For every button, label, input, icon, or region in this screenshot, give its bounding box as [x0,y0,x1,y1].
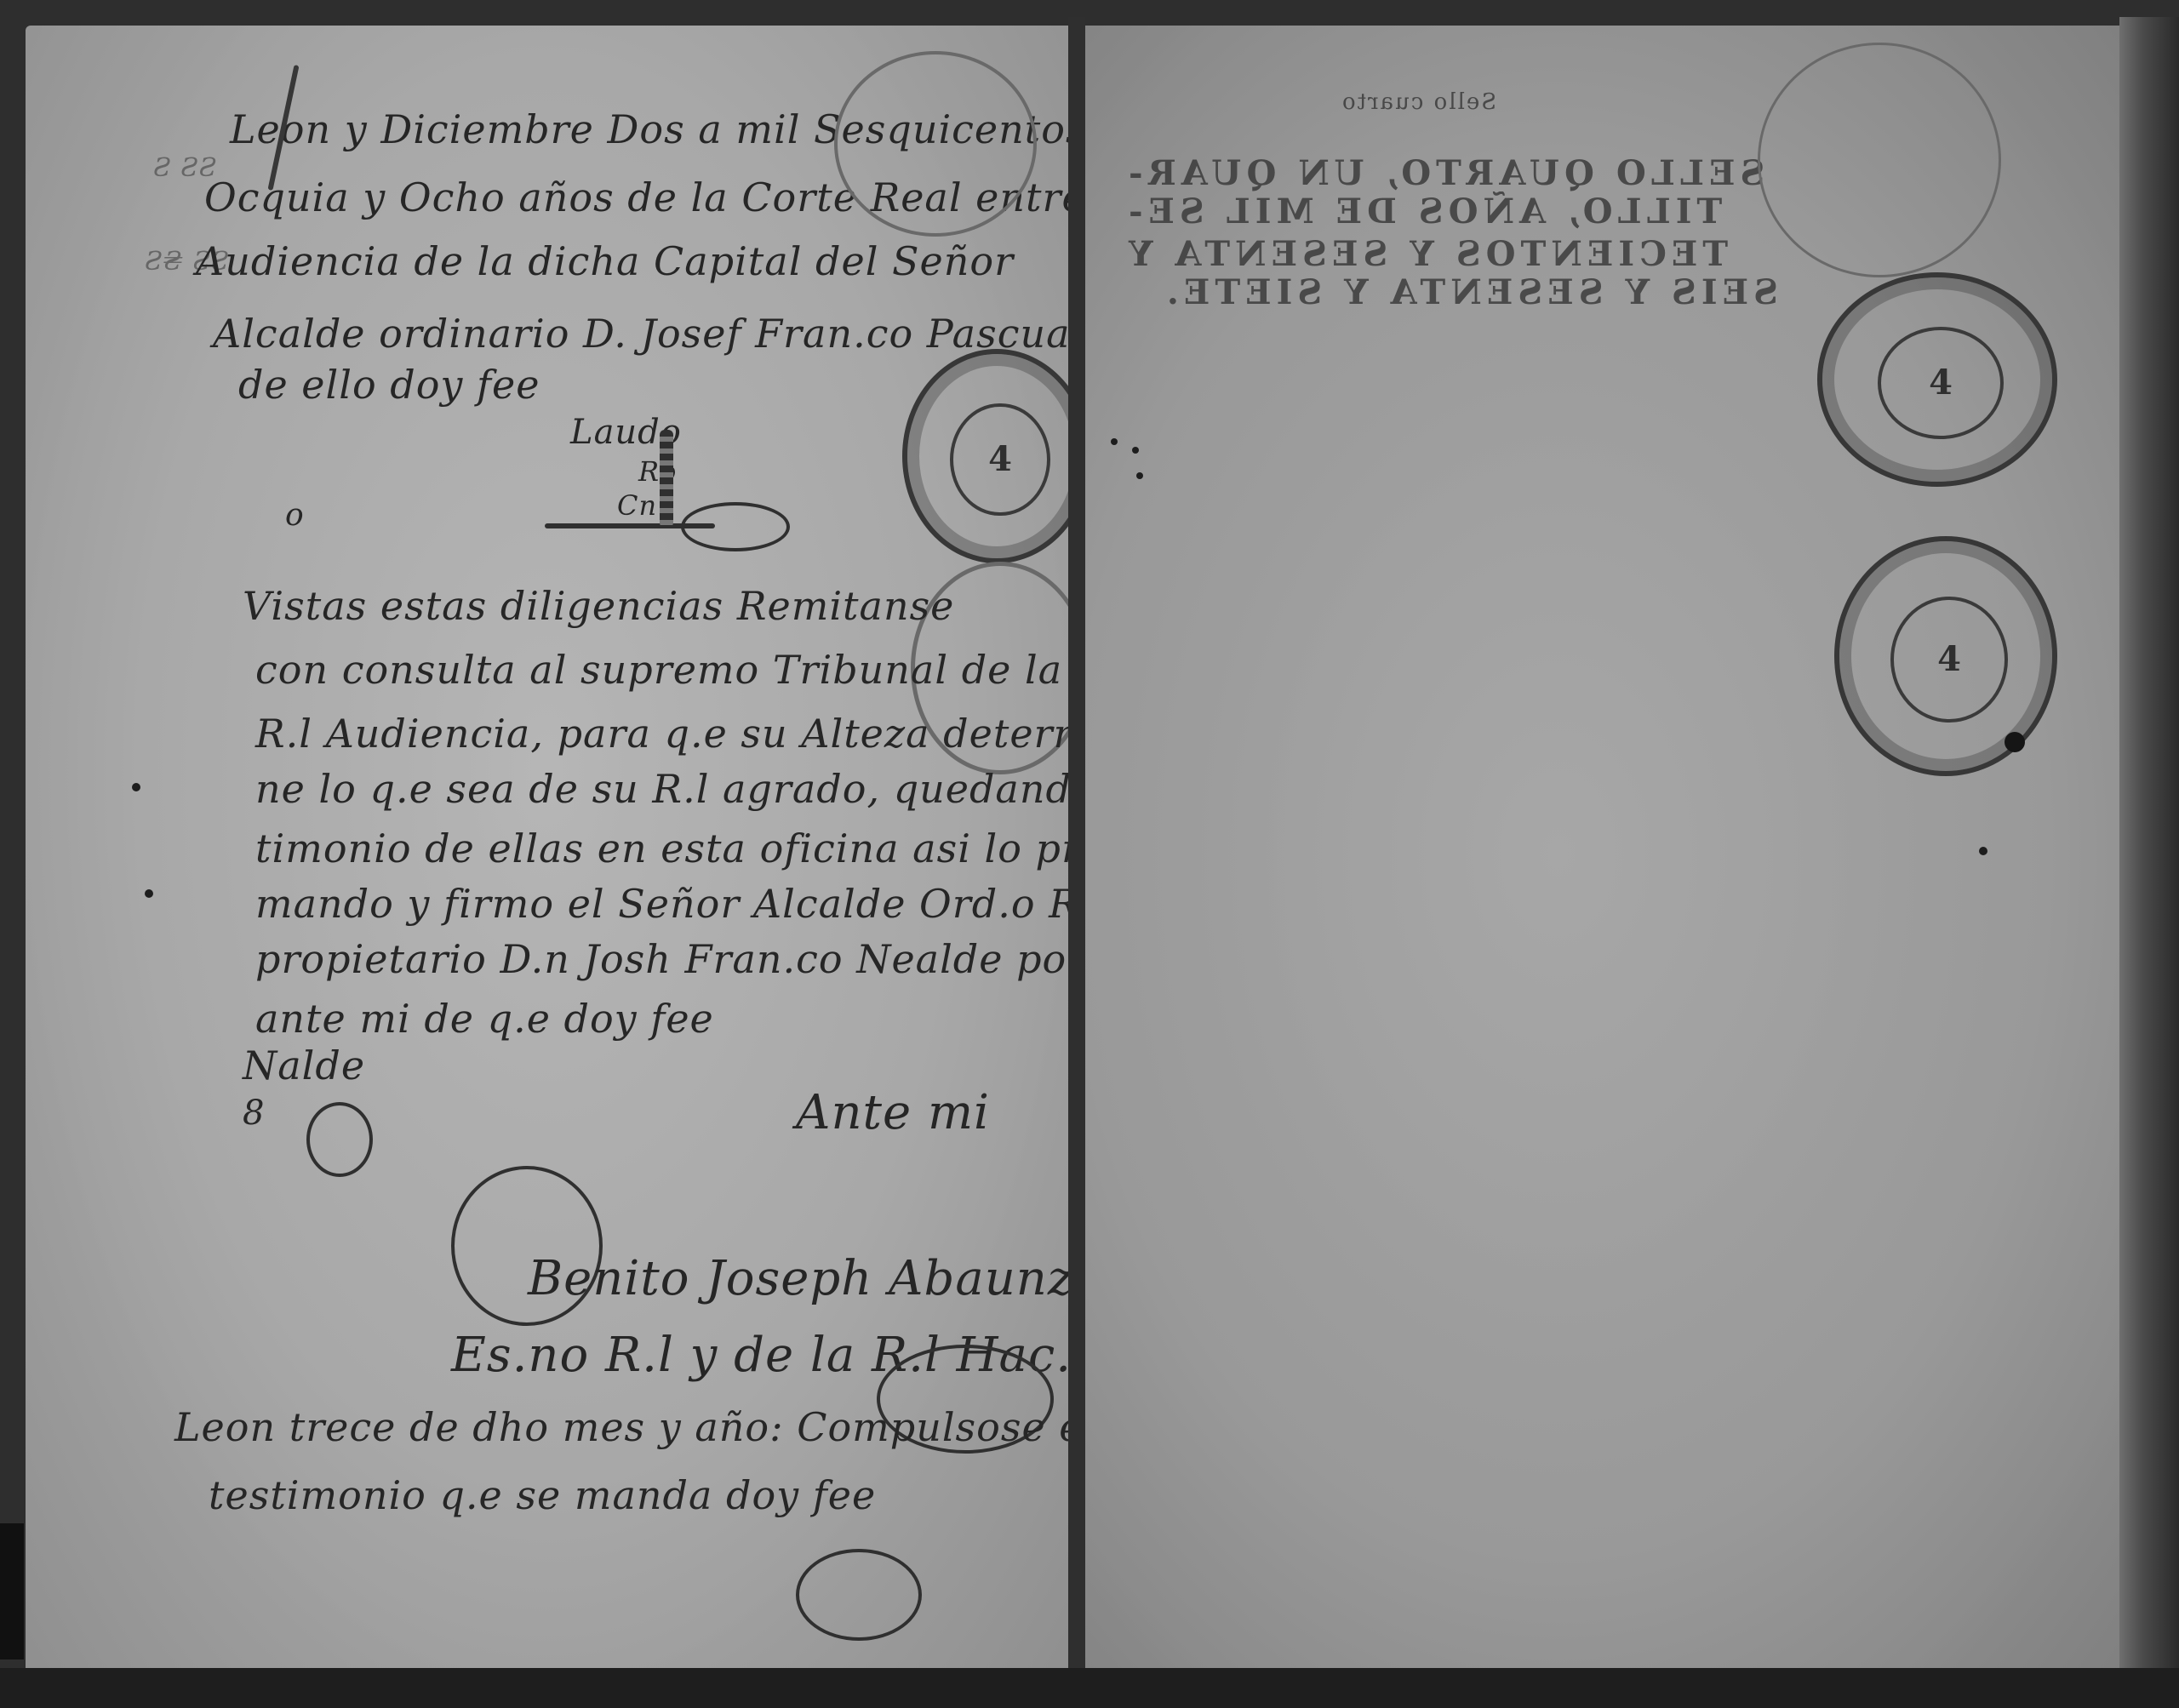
tax-stamp: 4 [902,349,1091,563]
header-line: de ello doy fee [238,362,540,408]
stamp-center: 4 [950,403,1049,517]
ink-dot [1136,472,1143,479]
book-gutter [1068,17,1085,1685]
header-line: Alcalde ordinario D. Josef Fran.co Pascu… [213,311,1084,357]
faint-stamp [834,51,1037,237]
faint-stamp [1758,43,2001,277]
paragraph-line: timonio de ellas en esta oficina asi lo … [255,825,1200,871]
ink-blot [2005,732,2025,752]
stamp-center: 4 [1878,327,2004,440]
paragraph-line: Nalde [243,1043,365,1088]
bleed-through-line: SELLO QUARTO, UN QUAR- [1124,153,1764,193]
signature-name: Benito Joseph Abaunza [528,1251,1103,1306]
paragraph-line: ne lo q.e sea de su R.l agrado, quedando… [255,766,1185,812]
ink-dot [1979,847,1987,855]
scan-bottom-shadow [0,1668,2179,1708]
ink-dot [1132,447,1139,454]
rubric-stroke [545,523,715,528]
page-stack-edge [2119,17,2179,1685]
margin-number: 8 [243,1094,265,1133]
header-line: Audiencia de la dicha Capital del Señor [196,238,1014,284]
rubric-coil [660,430,673,528]
scan-edge-shadow [0,1523,24,1659]
bleed-through-header: Sello cuarto [1341,89,1496,115]
paragraph-line: R.l Audiencia, para q.e su Alteza determ… [255,711,1118,757]
right-page: Sello cuarto SELLO QUARTO, UN QUAR- TILL… [1085,26,2136,1681]
ink-dot [132,783,140,791]
paragraph-line: con consulta al supremo Tribunal de la [255,647,1062,693]
ink-dot [1111,438,1118,445]
left-page: Ƨ ƧƧ Ƨ₴ ƧƧ Leon y Diciembre Dos a mil Se… [26,26,1068,1681]
paragraph-line: ante mi de q.e doy fee [255,996,714,1042]
bleed-through-line: TILLO, AÑOS DE MIL SE- [1124,191,1722,231]
ink-dot [145,889,153,898]
paragraph-initial: o [285,498,305,533]
closing-line: testimonio q.e se manda doy fee [209,1472,876,1518]
paragraph-line: Vistas estas diligencias Remitanse [243,583,954,629]
signature-ante-mi: Ante mi [796,1085,990,1140]
bleed-through-line: TECIENTOS Y SESENTA Y [1124,234,1728,274]
stamp-center [1817,100,1942,220]
stamp-center: 4 [1890,597,2008,723]
paragraph-line: propietario D.n Josh Fran.co Nealde por [255,936,1086,982]
small-rubric [306,1102,373,1177]
closing-rubric [796,1549,922,1641]
closing-line: Leon trece de dho mes y año: Compulsose … [174,1404,1096,1450]
paragraph-line: mando y firmo el Señor Alcalde Ord.o R.l [255,881,1106,927]
bleed-through-line: SEIS Y SESENTA Y SIETE. [1162,272,1778,312]
tax-stamp: 4 [1817,272,2057,487]
